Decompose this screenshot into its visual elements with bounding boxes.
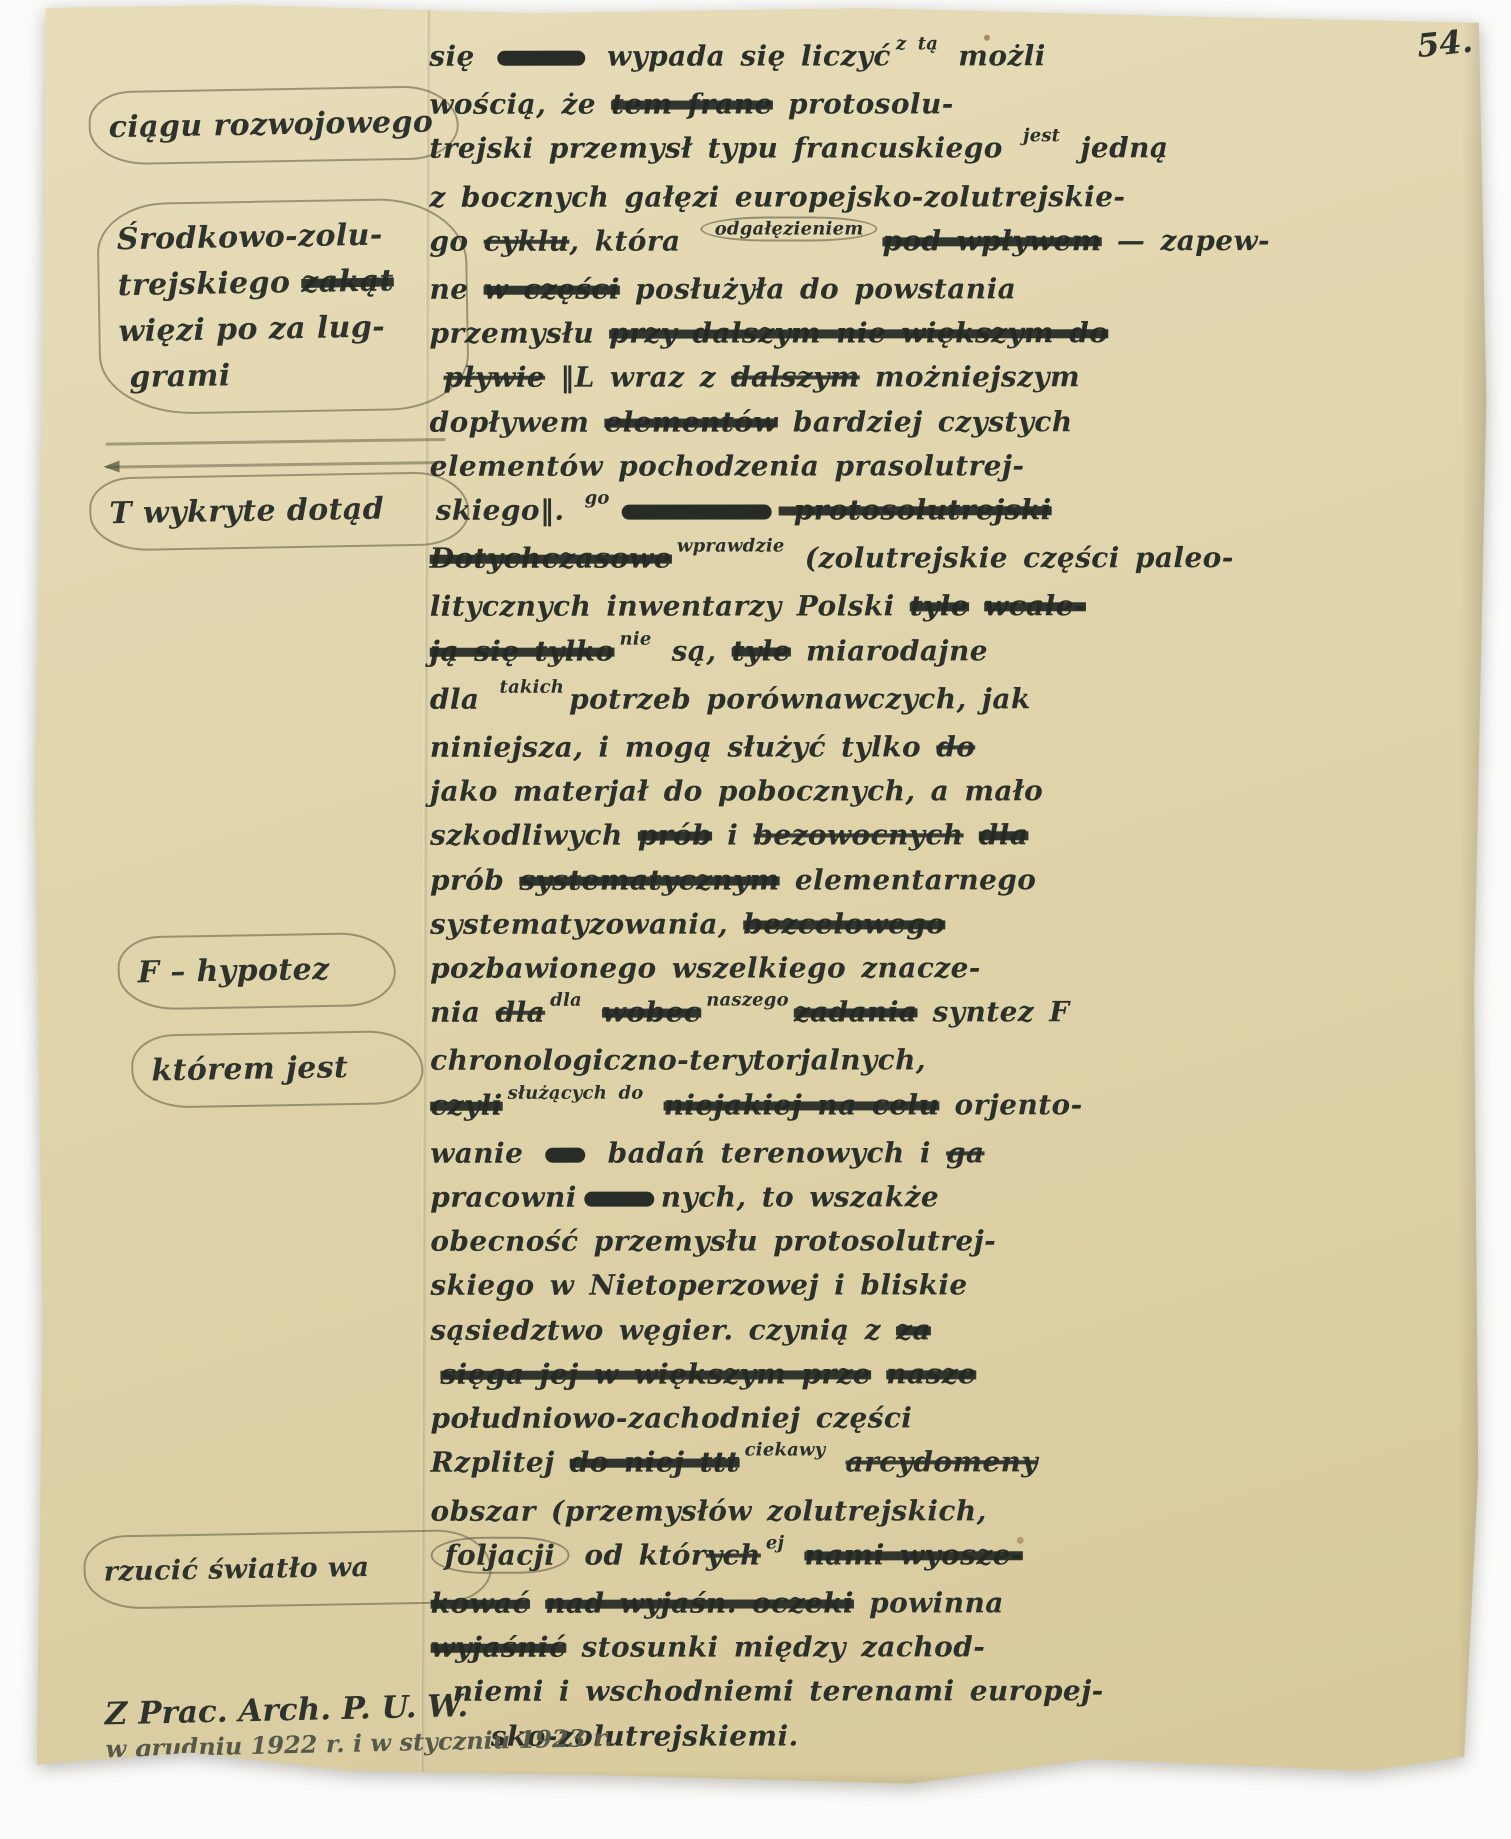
handwritten-text: przemysłu [430,317,610,350]
underline-stroke [106,438,446,446]
handwritten-text: pozbawionego wszelkiego znacze- [430,951,981,984]
obliterated-word [584,1192,654,1207]
handwritten-text: możniejszym [860,361,1080,394]
struck-text: czyli [430,1088,503,1121]
text-line: przemysłu przy dalszym nie większym do [430,311,1330,356]
margin-note-line: F – hypotez [137,946,376,996]
text-line: wością, że tem frane protosolu- [429,82,1329,127]
text-line: niniejsza, i mogą służyć tylko do [430,725,1330,770]
margin-note-line: T wykryte dotąd [109,485,450,537]
handwritten-text: dopływem [430,405,605,438]
handwritten-text [830,1446,845,1479]
handwritten-text: rzucić światło wa [103,1552,369,1588]
margin-note-middle-solutrean: Środkowo-zolu-trejskiego zakątwięzi po z… [96,197,470,415]
struck-text: cyklu [484,225,570,258]
handwritten-text: więzi po za lug- [118,310,385,350]
struck-text: do niej ttt [570,1446,740,1479]
handwritten-text: (zolutrejskie części paleo- [790,541,1234,574]
struck-text: zadania [794,996,918,1029]
text-line: południowo-zachodniej części [430,1396,1330,1441]
handwritten-text: sąsiedztwo węgier. czynią z [430,1313,896,1346]
text-line: Rzplitej do niej tttciekawy arcydomeny [430,1440,1330,1489]
struck-text: ga [946,1136,985,1169]
struck-text: arcydomeny [846,1446,1039,1479]
handwritten-text: południowo-zachodniej części [430,1401,912,1434]
struck-text: przy dalszym nie większym do [609,316,1108,349]
handwritten-text: wością, że [429,88,611,121]
obliterated-word [497,51,585,66]
text-line: z bocznych gałęzi europejsko-zolutrejski… [429,175,1329,220]
margin-note-line: którem jest [151,1044,404,1094]
handwritten-text: badań terenowych i [592,1136,946,1169]
text-line: chronologiczno-terytorjalnych, [430,1038,1330,1083]
text-line: pływie ‖L wraz z dalszym możniejszym [430,355,1330,400]
text-line: jako materjał do pobocznych, a mało [430,769,1330,814]
text-line: nia dladla wobecnaszegozadania syntez F [430,990,1330,1039]
margin-column: ciągu rozwojowegoŚrodkowo-zolu-trejskieg… [31,3,429,1790]
handwritten-text: obecność przemysłu protosolutrej- [430,1225,996,1258]
struck-text: wcale- [984,590,1086,623]
handwritten-text: powinna [854,1586,1004,1619]
handwritten-text: jako materjał do pobocznych, a mało [430,775,1043,809]
handwritten-text: trejskiego [117,265,301,303]
obliterated-word [622,505,772,520]
struck-text: pływie [444,361,546,394]
text-line: elementów pochodzenia prasolutrej- [430,444,1330,489]
handwritten-text [789,1538,804,1571]
handwritten-text: stosunki między zachod- [566,1630,985,1663]
handwritten-text: Środkowo-zolu- [117,218,383,258]
handwritten-text [648,1088,663,1121]
margin-note-discovered: T wykryte dotąd [89,471,470,552]
text-line: go cyklu, która odgałęzieniempod wpływem… [429,219,1329,268]
margin-note-ktorem-jest: którem jest [131,1030,424,1109]
inserted-text: jest [1023,126,1060,147]
handwritten-text [964,819,979,852]
handwritten-text [530,1587,545,1620]
text-line: pozbawionego wszelkiego znacze- [430,946,1330,991]
text-line: dla takichpotrzeb porównawczych, jak [430,677,1330,726]
text-line: pracowninych, to wszakże [430,1175,1330,1220]
handwritten-text [969,590,984,623]
inserted-text: służących do [508,1082,644,1103]
handwritten-text [587,996,602,1029]
handwritten-text: grami [129,358,231,395]
handwritten-text: bardziej czystych [778,405,1073,438]
struck-text: dla [979,819,1029,852]
margin-note-line: ciągu rozwojowego [108,99,439,151]
obliterated-word [545,1148,585,1163]
struck-text: za [896,1313,931,1346]
text-line: Dotychczasowewprawdzie (zolutrejskie czę… [430,536,1330,585]
handwritten-text: Rzplitej [430,1446,569,1479]
handwritten-text: litycznych inwentarzy Polski [430,590,910,623]
manuscript-paper: 54. ciągu rozwojowegoŚrodkowo-zolu-trejs… [31,3,1489,1794]
text-line: się wypada się liczyćz tą możli [429,34,1329,83]
handwritten-text: chronologiczno-terytorjalnych, [430,1044,926,1077]
struck-text: ych [706,1538,761,1571]
handwritten-text: foljacji [431,1536,570,1573]
inserted-text: odgałęzieniem [701,216,878,241]
struck-text: protosolutrejski [779,493,1052,526]
handwritten-text: dla [430,683,495,716]
handwritten-text: protosolu- [773,88,954,121]
handwritten-text: jedną [1065,132,1168,165]
struck-text: systematycznym [519,863,779,896]
margin-note-line: więzi po za lug- [118,303,449,355]
handwritten-text: nych, to wszakże [661,1180,939,1213]
text-line: ne w części posłużyła do powstania [429,267,1329,312]
margin-note-line: Środkowo-zolu- [116,211,447,263]
handwritten-text: obszar (przemysłów zolutrejskich, [431,1494,987,1527]
struck-text: bezowocnych [753,819,963,852]
text-line: ją się tylkonie są, tyle miarodajne [430,629,1330,678]
struck-text: zakąt [301,263,394,300]
struck-text: w części [484,273,620,306]
handwritten-text: od któr [569,1538,706,1571]
handwritten-text: ne [429,273,483,306]
struck-text: dalszym [731,361,860,394]
struck-text: niejakiej na celu [664,1088,940,1121]
inserted-text: go [585,488,610,509]
handwritten-text: prób [430,863,519,896]
inserted-text: dla [550,990,582,1011]
margin-note-line: rzucić światło wa [103,1543,472,1595]
text-line: skiego‖. go protosolutrejski [430,488,1330,537]
struck-text: tem frane [611,88,773,121]
handwritten-text: miarodajne [791,634,988,667]
handwritten-text: — zapew- [1102,224,1270,257]
struck-text: pod wpływem [882,224,1101,257]
text-line: szkodliwych prób i bezowocnych dla [430,813,1330,858]
text-line: litycznych inwentarzy Polski tyle wcale- [430,584,1330,629]
text-line: sąsiedztwo węgier. czynią z za [430,1308,1330,1353]
handwritten-text: systematyzowania, [430,907,743,940]
handwritten-text: którem jest [151,1050,348,1088]
handwritten-text: z bocznych gałęzi europejsko-zolutrejski… [429,180,1125,214]
handwritten-text: są, [656,634,731,667]
handwritten-text: elementarnego [780,863,1037,896]
inserted-text: nie [619,628,651,649]
struck-text: wyjaśnić [431,1631,567,1664]
inserted-text: takich [500,677,565,698]
handwritten-text: wanie [430,1137,538,1170]
struck-text: Dotychczasowe [430,542,672,575]
struck-text: nasze [886,1357,976,1390]
handwritten-text [871,1357,886,1390]
page-number: 54. [1416,22,1475,65]
struck-text: sięga jej w większym prze [440,1357,871,1390]
text-line: systematyzowania, bezcelowego [430,902,1330,947]
struck-text: tyle [910,590,969,623]
handwritten-text: F – hypotez [137,952,329,990]
handwritten-text: nia [430,996,496,1029]
struck-text: ją się tylko [430,634,615,667]
struck-text: nami wyosze- [804,1538,1022,1571]
margin-note-line: grami [119,349,450,401]
scanned-page-wrapper: 54. ciągu rozwojowegoŚrodkowo-zolu-trejs… [0,0,1511,1839]
margin-note-f-hypothesis: F – hypotez [117,932,396,1011]
text-line: trejski przemysł typu francuskiego jest … [429,126,1329,175]
struck-text: do [936,730,975,763]
struck-text: kować [431,1587,530,1620]
struck-text: wobec [602,996,701,1029]
text-line: dopływem elementów bardziej czystych [430,400,1330,445]
handwritten-text: wypada się liczyć [592,39,891,72]
text-line: obszar (przemysłów zolutrejskich, [431,1489,1331,1534]
inserted-text: ciekawy [745,1440,826,1461]
handwritten-text: ciągu rozwojowego [108,105,433,146]
main-text-column: się wypada się liczyćz tą możliwością, ż… [429,34,1331,1759]
footer-provenance-note: Z Prac. Arch. P. U. W. w grudniu 1922 r.… [104,1685,612,1763]
text-line: wanie badań terenowych i ga [430,1131,1330,1176]
text-line: prób systematycznym elementarnego [430,858,1330,903]
handwritten-text: potrzeb porównawczych, jak [569,682,1031,715]
handwritten-text: go [429,225,483,258]
text-line: skiego w Nietoperzowej i bliskie [430,1264,1330,1309]
handwritten-text: i [712,819,753,852]
paper-bottom-edge-shading [31,1767,1483,1794]
handwritten-text: T wykryte dotąd [109,491,384,531]
handwritten-text: orjento- [939,1088,1082,1121]
text-line: foljacji od którychej nami wyosze- [431,1533,1331,1582]
handwritten-text: skiego‖. [436,494,580,527]
margin-note-growth: ciągu rozwojowego [88,85,459,165]
paper-right-edge-shading [1457,8,1489,1794]
handwritten-text: niniejsza, i mogą służyć tylko [430,730,936,763]
handwritten-text: możli [943,39,1046,72]
struck-text: dla [496,996,546,1029]
text-line: obecność przemysłu protosolutrej- [430,1219,1330,1264]
text-line: sięga jej w większym prze nasze [430,1352,1330,1397]
inserted-text: z tą [896,33,938,54]
inserted-text: naszego [706,990,789,1011]
struck-text: prób [638,819,712,852]
handwritten-text: , która [569,224,695,257]
struck-text: elementów [604,405,777,438]
handwritten-text: się [429,40,490,73]
text-line: kować nad wyjaśn. oczeki powinna [431,1581,1331,1626]
handwritten-text: syntez F [918,996,1070,1029]
inserted-text: ej [766,1532,784,1553]
handwritten-text: elementów pochodzenia prasolutrej- [430,449,1025,483]
handwritten-text: skiego w Nietoperzowej i bliskie [430,1269,967,1302]
handwritten-text: szkodliwych [430,819,638,852]
handwritten-text: pracowni [430,1181,577,1214]
text-line: wyjaśnić stosunki między zachod- [431,1625,1331,1670]
handwritten-text: posłużyła do powstania [620,272,1016,305]
struck-text: bezcelowego [743,907,945,940]
left-arrow-stroke [106,461,446,469]
text-line: czylisłużących do niejakiej na celu orje… [430,1083,1330,1132]
inserted-text: wprawdzie [677,536,785,557]
margin-note-line: trejskiego zakąt [117,257,448,309]
handwritten-text: trejski przemysł typu francuskiego [429,132,1018,166]
struck-text: tyle [732,634,791,667]
struck-text: nad wyjaśn. oczeki [545,1586,854,1619]
handwritten-text: ‖L wraz z [545,361,731,394]
